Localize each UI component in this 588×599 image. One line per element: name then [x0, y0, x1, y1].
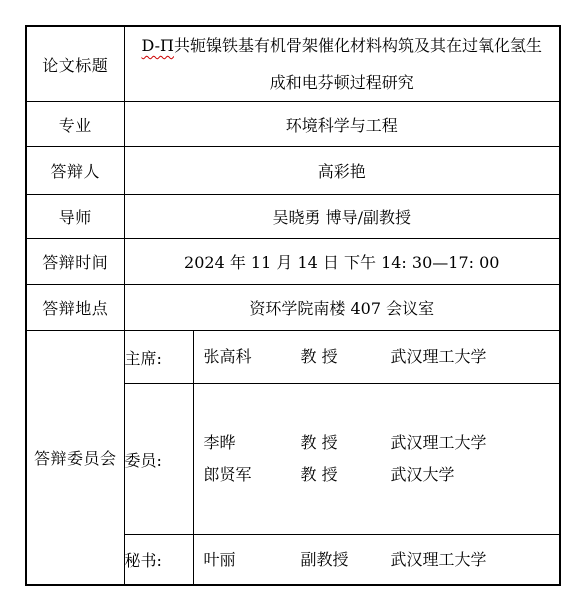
member-title: 教 授 [301, 347, 391, 367]
member-title: 教 授 [301, 433, 391, 453]
secretary-member-cell: 叶丽 副教授 武汉理工大学 [193, 535, 560, 586]
members-role-label: 委员: [124, 384, 193, 535]
member-name: 张高科 [204, 347, 301, 367]
row-thesis-title: 论文标题 D-Π共轭镍铁基有机骨架催化材料构筑及其在过氧化氢生 成和电芬顿过程研… [26, 26, 560, 102]
member-name: 李晔 [204, 433, 301, 453]
document-page: 论文标题 D-Π共轭镍铁基有机骨架催化材料构筑及其在过氧化氢生 成和电芬顿过程研… [0, 0, 588, 599]
member-line: 郎贤军 教 授 武汉大学 [194, 465, 560, 485]
chair-member-cell: 张高科 教 授 武汉理工大学 [193, 331, 560, 384]
member-org: 武汉理工大学 [391, 550, 487, 570]
row-defense-place: 答辩地点 资环学院南楼 407 会议室 [26, 285, 560, 331]
advisor-value: 吴晓勇 博导/副教授 [124, 195, 560, 239]
row-candidate: 答辩人 高彩艳 [26, 147, 560, 195]
member-line: 叶丽 副教授 武汉理工大学 [194, 550, 560, 570]
members-stack: 李晔 教 授 武汉理工大学 郎贤军 教 授 武汉大学 [194, 384, 560, 534]
row-defense-time: 答辩时间 2024 年 11 月 14 日 下午 14: 30—17: 00 [26, 239, 560, 285]
thesis-title-line2: 成和电芬顿过程研究 [125, 64, 560, 101]
member-name: 郎贤军 [204, 465, 301, 485]
thesis-defense-info-table: 论文标题 D-Π共轭镍铁基有机骨架催化材料构筑及其在过氧化氢生 成和电芬顿过程研… [25, 25, 561, 586]
member-name: 叶丽 [204, 550, 301, 570]
committee-label: 答辩委员会 [26, 331, 124, 586]
member-org: 武汉理工大学 [391, 347, 487, 367]
major-label: 专业 [26, 102, 124, 147]
advisor-label: 导师 [26, 195, 124, 239]
defense-place-label: 答辩地点 [26, 285, 124, 331]
row-committee-chair: 答辩委员会 主席: 张高科 教 授 武汉理工大学 [26, 331, 560, 384]
secretary-role-label: 秘书: [124, 535, 193, 586]
member-title: 教 授 [301, 465, 391, 485]
chair-role-label: 主席: [124, 331, 193, 384]
member-org: 武汉大学 [391, 465, 455, 485]
defense-time-label: 答辩时间 [26, 239, 124, 285]
spellcheck-marked-text: D-Π [142, 36, 174, 55]
thesis-title-label: 论文标题 [26, 26, 124, 102]
candidate-value: 高彩艳 [124, 147, 560, 195]
thesis-title-line1: D-Π共轭镍铁基有机骨架催化材料构筑及其在过氧化氢生 [125, 27, 560, 64]
member-org: 武汉理工大学 [391, 433, 487, 453]
member-line: 张高科 教 授 武汉理工大学 [194, 347, 560, 367]
members-cell: 李晔 教 授 武汉理工大学 郎贤军 教 授 武汉大学 [193, 384, 560, 535]
member-title: 副教授 [301, 550, 391, 570]
row-advisor: 导师 吴晓勇 博导/副教授 [26, 195, 560, 239]
row-major: 专业 环境科学与工程 [26, 102, 560, 147]
major-value: 环境科学与工程 [124, 102, 560, 147]
defense-place-value: 资环学院南楼 407 会议室 [124, 285, 560, 331]
member-line: 李晔 教 授 武汉理工大学 [194, 433, 560, 453]
candidate-label: 答辩人 [26, 147, 124, 195]
thesis-title-value: D-Π共轭镍铁基有机骨架催化材料构筑及其在过氧化氢生 成和电芬顿过程研究 [124, 26, 560, 102]
thesis-title-line1-rest: 共轭镍铁基有机骨架催化材料构筑及其在过氧化氢生 [174, 36, 542, 55]
defense-time-value: 2024 年 11 月 14 日 下午 14: 30—17: 00 [124, 239, 560, 285]
